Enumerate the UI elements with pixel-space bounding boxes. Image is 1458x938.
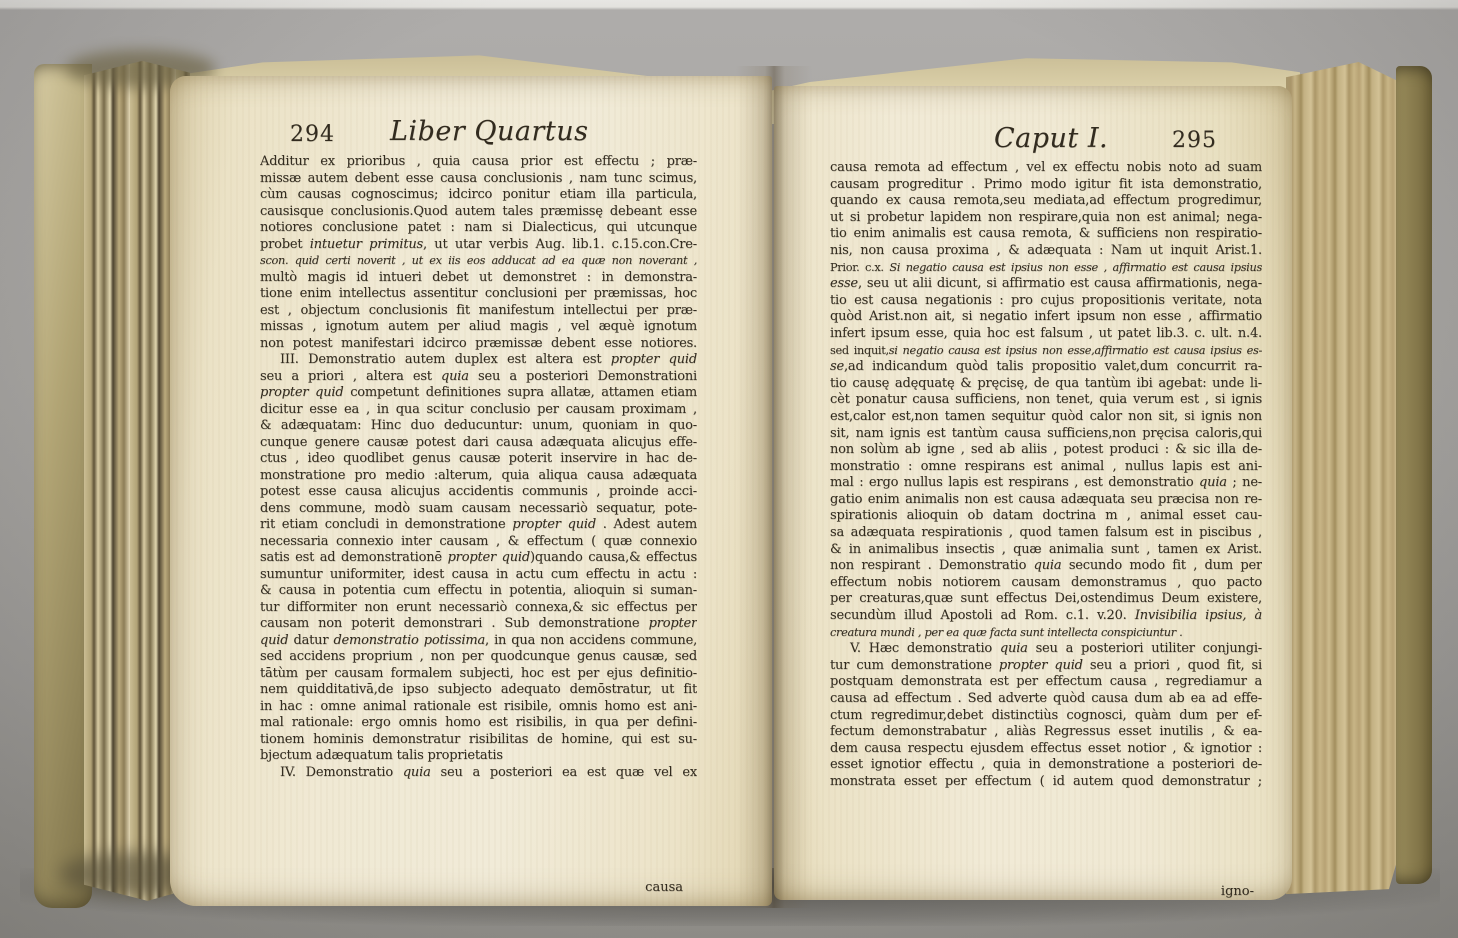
text-line: & in animalibus insectis , quæ animalia … [830,542,1262,559]
text-line: propter quid competunt definitiones supr… [260,385,697,402]
left-running-title: Liber Quartus [390,116,588,147]
right-page-text-column: Caput I. 295 causa remota ad effectum , … [830,126,1262,791]
text-line: cùm causas cognoscimus; idcirco ponitur … [260,187,697,204]
text-line: potest esse causa alicujus accidentis co… [260,484,697,501]
text-line: infert ipsum esse, quia hoc est falsum ,… [830,326,1262,343]
text-line: bjectum adæquatum talis proprietatis [260,748,697,765]
text-line: sumuntur uniformiter, idest causa in act… [260,567,697,584]
text-line: tur difformiter non erunt necessariò con… [260,600,697,617]
text-line: monstratio : omne respirans est animal ,… [830,459,1262,476]
text-line: sit, nam ignis est tantùm causa sufficie… [830,426,1262,443]
text-line: sed inquit,si negatio causa est ipsius n… [830,343,1262,360]
text-line: sed accidens proprium , non per quodcunq… [260,649,697,666]
text-line: tionem hominis demonstratur risibilitas … [260,732,697,749]
text-line: tur cum demonstratione propter quid seu … [830,658,1262,675]
right-page-number: 295 [1172,128,1217,153]
text-line: non potest manifestari idcirco præmissæ … [260,336,697,353]
text-line: tio enim animalis est causa remota, & su… [830,226,1262,243]
text-line: in hac : omne animal rationale est risib… [260,699,697,716]
text-line: ctum regredimur,debet distinctiùs cognos… [830,708,1262,725]
text-line: spirationis alioquin ob datam doctrina m… [830,508,1262,525]
text-line: satis est ad demonstrationē propter quid… [260,550,697,567]
text-line: rit etiam concludi in demonstratione pro… [260,517,697,534]
text-line: quòd Arist.non ait, si negatio infert ip… [830,309,1262,326]
text-line: monstrata esset per effectum ( id autem … [830,774,1262,791]
text-line: causisque conclusionis.Quod autem tales … [260,204,697,221]
text-line: causa ad effectum . Sed adverte quòd cau… [830,691,1262,708]
text-line: mal : ergo nullus lapis est respirans , … [830,475,1262,492]
text-line: dens commune, modò suam causam necessari… [260,501,697,518]
text-line: est,calor est,non tamen sequitur quòd ca… [830,409,1262,426]
text-line: gatio enim animalis non est causa adæqua… [830,492,1262,509]
text-line: Prior. c.x. Si negatio causa est ipsius … [830,260,1262,277]
text-line: multò magis id intueri debet ut demonstr… [260,270,697,287]
text-line: sa adæquata respirationis , quod tamen f… [830,525,1262,542]
text-line: non solùm ab igne , sed ab aliis , potes… [830,442,1262,459]
text-line: tione enim intellectus assentitur conclu… [260,286,697,303]
text-line: quando ex causa remota,seu mediata,ad ef… [830,193,1262,210]
text-line: Additur ex prioribus , quia causa prior … [260,154,697,171]
left-page-catchword: causa [645,880,683,895]
right-running-title: Caput I. [994,123,1108,154]
text-line: missæ autem debent esse causa conclusion… [260,171,697,188]
right-page-header: Caput I. 295 [830,126,1262,158]
text-line: V. Hæc demonstratio quia seu a posterior… [830,641,1262,658]
text-line: dem causa respectu ejusdem effectus esse… [830,741,1262,758]
right-book-cover [1396,66,1432,884]
text-line: IV. Demonstratio quia seu a posteriori e… [260,765,697,782]
text-line: creatura mundi , per ea quæ facta sunt i… [830,625,1262,642]
text-line: III. Demonstratio autem duplex est alter… [260,352,697,369]
text-line: est , objectum conclusionis fit manifest… [260,303,697,320]
text-line: quid datur demonstratio potissima, in qu… [260,633,697,650]
text-line: secundùm illud Apostoli ad Rom. c.1. v.2… [830,608,1262,625]
text-line: dicitur esse ea , in qua scitur conclusi… [260,402,697,419]
text-line: probet intuetur primitus, ut utar verbis… [260,237,697,254]
text-line: notiores conclusione patet : nam si Dial… [260,220,697,237]
right-page-lines: causa remota ad effectum , vel ex effect… [830,160,1262,791]
text-line: postquam demonstrata est per effectum ca… [830,674,1262,691]
text-line: tio causę adęquatę & pręcisę, de qua tan… [830,376,1262,393]
text-line: necessaria connexio inter causam , & eff… [260,534,697,551]
text-line: effectum nobis notiorem causam demonstra… [830,575,1262,592]
left-book-cover [34,64,92,908]
text-line: non respirant . Demonstratio quia secund… [830,558,1262,575]
text-line: monstratione pro medio :alterum, quia al… [260,468,697,485]
text-line: fectum demonstrabatur , aliàs Regressus … [830,724,1262,741]
text-line: nis, non causa proxima , & adæquata : Na… [830,243,1262,260]
left-page-lines: Additur ex prioribus , quia causa prior … [260,154,697,781]
text-line: & adæquatam: Hinc duo deducuntur: unum, … [260,418,697,435]
right-page-catchword: igno- [1221,884,1254,899]
text-line: seu a priori , altera est quia seu a pos… [260,369,697,386]
left-page-header: 294 Liber Quartus [260,120,697,152]
book-photo-scene: { "colors": { "background_gray": "#a7a5a… [0,0,1458,938]
right-page: Caput I. 295 causa remota ad effectum , … [774,86,1292,900]
text-line: per creaturas,quæ sunt effectus Dei,oste… [830,591,1262,608]
text-line: esse, seu ut alii dicunt, si affirmatio … [830,276,1262,293]
left-page-text-column: 294 Liber Quartus Additur ex prioribus ,… [260,120,697,781]
text-line: tio est causa negationis : pro cujus pro… [830,293,1262,310]
text-line: ctus , ideo quodlibet genus causæ poteri… [260,451,697,468]
text-line: cèt ponatur causa sufficiens, non tenet,… [830,392,1262,409]
text-line: scon. quid certi noverit , ut ex iis eos… [260,253,697,270]
text-line: ut si probetur lapidem non respirare,qui… [830,210,1262,227]
text-line: & causa in potentia cum effectu in poten… [260,583,697,600]
text-line: causam non poterit demonstrari . Sub dem… [260,616,697,633]
text-line: esset ignotior effectu , quia in demonst… [830,757,1262,774]
left-page: 294 Liber Quartus Additur ex prioribus ,… [170,76,772,906]
text-line: causa remota ad effectum , vel ex effect… [830,160,1262,177]
text-line: cunque genere causæ potest dari causa ad… [260,435,697,452]
text-line: tātùm per causam formalem subjecti, hoc … [260,666,697,683]
text-line: missas , ignotum autem per aliud magis ,… [260,319,697,336]
text-line: causam progreditur . Primo modo igitur f… [830,177,1262,194]
text-line: mal rationale: ergo omnis homo est risib… [260,715,697,732]
text-line: nem quidditativā,de ipso subjecto adequa… [260,682,697,699]
text-line: se,ad indicandum quòd talis propositio v… [830,359,1262,376]
left-page-number: 294 [290,122,335,147]
